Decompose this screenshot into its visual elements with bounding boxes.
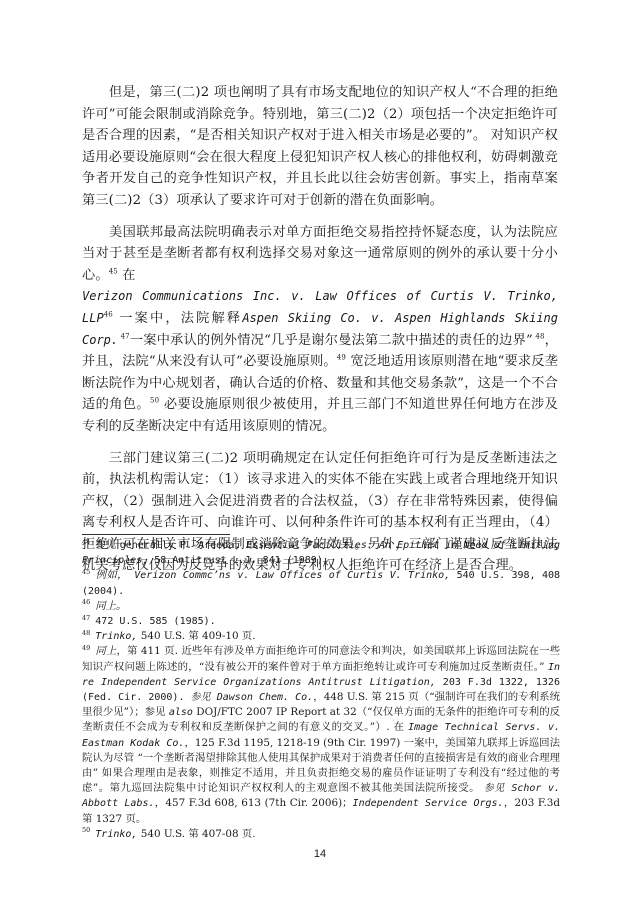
- footnote-number: 49: [82, 644, 90, 652]
- footnote-47: 47472 U.S. 585 (1985).: [82, 614, 560, 629]
- footnote-number: 47: [82, 614, 90, 622]
- footnote-ref-46[interactable]: 46: [104, 311, 113, 319]
- footnote-ref-49[interactable]: 49: [337, 354, 346, 362]
- footnote-case: 参见 Dawson Chem. Co.: [191, 692, 314, 703]
- footnote-number: 50: [82, 826, 90, 834]
- footnote-text: 540 U.S. 第 409-10 页.: [137, 630, 255, 642]
- footnote-case: Independent Service Orgs.: [353, 798, 504, 809]
- footnote-text: 58 Antitrust L.J. 841 (1989).: [148, 555, 329, 566]
- footnote-text: 参见: [95, 539, 119, 551]
- footnote-text: 540 U.S. 第 407-08 页.: [137, 828, 255, 840]
- footnote-case: Verizon Commc’ns v. Law Offices of Curti…: [128, 570, 450, 581]
- paragraph-text: 一案中承认的例外情况“几乎是谢尔曼法第二款中描述的责任的边界”: [130, 333, 533, 348]
- document-page: 但是，第三(二)2 项也阐明了具有市场支配地位的知识产权人“不合理的拒绝许可”可…: [0, 0, 640, 905]
- footnote-text: 例如，: [95, 569, 128, 581]
- footnote-ref-45[interactable]: 45: [109, 267, 118, 275]
- footnote-number: 46: [82, 598, 90, 606]
- footnote-ref-50[interactable]: 50: [150, 397, 159, 405]
- footnote-text: 同上: [95, 645, 116, 657]
- footnote-44: 44参见 generally P. Areeda, Essential Faci…: [82, 538, 560, 568]
- footnote-text: generally P. Areeda,: [120, 540, 247, 551]
- paragraph-1: 但是，第三(二)2 项也阐明了具有市场支配地位的知识产权人“不合理的拒绝许可”可…: [82, 82, 558, 212]
- paragraph-text: 一案中，法院解释: [113, 311, 242, 326]
- footnote-separator: [82, 534, 230, 535]
- footnote-number: 45: [82, 568, 90, 576]
- footnote-case: Trinko,: [95, 631, 137, 642]
- footnotes: 44参见 generally P. Areeda, Essential Faci…: [82, 538, 560, 842]
- footnote-text: also: [169, 707, 193, 718]
- footnote-text: 472 U.S. 585 (1985).: [95, 616, 215, 627]
- paragraph-text: 美国联邦最高法院明确表示对单方面拒绝交易指控持怀疑态度，认为法院应当对于甚至是垄…: [82, 225, 558, 283]
- footnote-case: Trinko,: [95, 829, 137, 840]
- footnote-49: 49同上，第 411 页. 近些年有涉及单方面拒绝许可的同意法令和判决，如美国联…: [82, 644, 560, 826]
- footnote-number: 48: [82, 629, 90, 637]
- footnote-text: ，第 411 页. 近些年有涉及单方面拒绝许可的同意法令和判决，如美国联邦上诉巡…: [82, 645, 560, 672]
- footnote-45: 45例如， Verizon Commc’ns v. Law Offices of…: [82, 568, 560, 598]
- paragraph-text: 在: [118, 268, 136, 283]
- footnote-number: 44: [82, 538, 90, 546]
- body-text: 但是，第三(二)2 项也阐明了具有市场支配地位的知识产权人“不合理的拒绝许可”可…: [82, 82, 558, 577]
- paragraph-2: 美国联邦最高法院明确表示对单方面拒绝交易指控持怀疑态度，认为法院应当对于甚至是垄…: [82, 222, 558, 438]
- footnote-48: 48Trinko, 540 U.S. 第 409-10 页.: [82, 629, 560, 644]
- footnote-ref-47[interactable]: 47: [118, 332, 130, 340]
- footnote-text: 同上。: [95, 600, 126, 612]
- footnote-text: ，457 F.3d 608, 613 (7th Cir. 2006)；: [155, 797, 353, 809]
- page-number: 14: [0, 848, 640, 860]
- paragraph-text: 但是，第三(二)2 项也阐明了具有市场支配地位的知识产权人“不合理的拒绝许可”可…: [82, 85, 558, 208]
- footnote-50: 50Trinko, 540 U.S. 第 407-08 页.: [82, 827, 560, 842]
- footnote-46: 46同上。: [82, 599, 560, 614]
- footnote-ref-48[interactable]: 48: [533, 332, 545, 340]
